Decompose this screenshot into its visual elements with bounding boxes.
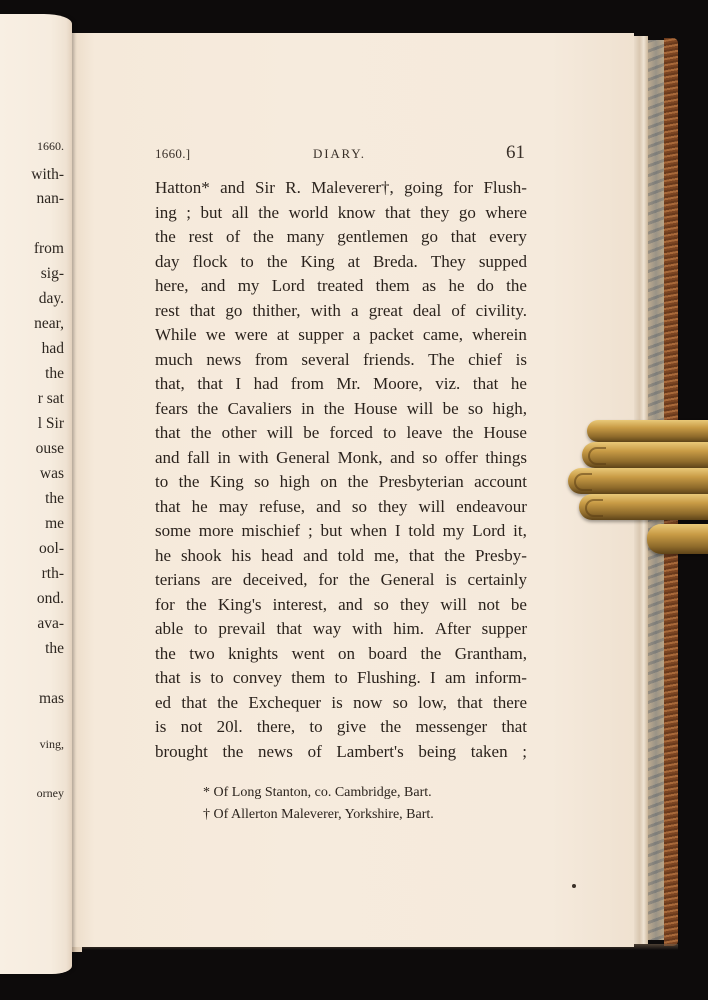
finger-top xyxy=(587,420,708,442)
left-page-fragment: ouse xyxy=(36,441,64,457)
finger-index xyxy=(582,442,708,468)
left-page-fragment: mas xyxy=(39,691,64,707)
book-photo: 1660.with-nan-fromsig-day.near,hadther s… xyxy=(0,0,708,1000)
left-page-fragment: the xyxy=(45,491,64,507)
left-page-fragment: with- xyxy=(31,167,64,183)
body-text: Hatton*andSirR.Maleverer†,goingforFlush-… xyxy=(155,176,527,764)
text-line: fearstheCavaliersintheHousewillbesohigh, xyxy=(155,397,527,422)
paper-speck xyxy=(572,884,576,888)
finger-ring xyxy=(579,494,708,520)
text-line: thatistoconveythemtoFlushing.Iaminform- xyxy=(155,666,527,691)
text-line: dayflocktotheKingatBreda.Theysupped xyxy=(155,250,527,275)
left-page-fragment: ond. xyxy=(37,591,64,607)
running-head-title: DIARY. xyxy=(313,146,366,162)
page-number: 61 xyxy=(506,142,525,164)
left-page-fragment: near, xyxy=(34,316,64,332)
text-line: restthatgothither,withagreatdealofcivili… xyxy=(155,299,527,324)
left-page-fragment: day. xyxy=(39,291,64,307)
thumb xyxy=(647,524,708,554)
left-page: 1660.with-nan-fromsig-day.near,hadther s… xyxy=(0,14,72,974)
left-page-fragment: sig- xyxy=(41,266,64,282)
text-line: Hatton*andSirR.Maleverer†,goingforFlush- xyxy=(155,176,527,201)
left-page-fragment: the xyxy=(45,366,64,382)
text-line: heshookhisheadandtoldme,thatthePresby- xyxy=(155,544,527,569)
left-page-fragment: nan- xyxy=(36,191,64,207)
text-line: fortheKing'sinterest,andsotheywillnotbe xyxy=(155,593,527,618)
left-page-fragment: rth- xyxy=(42,566,64,582)
left-page-fragment: 1660. xyxy=(37,140,64,152)
text-line: abletoprevailthatwaywithhim.Aftersupper xyxy=(155,617,527,642)
text-line: broughtthenewsofLambert'sbeingtaken; xyxy=(155,740,527,765)
left-page-fragment: ava- xyxy=(37,616,64,632)
left-page-fragment: orney xyxy=(37,787,64,799)
text-line: therestofthemanygentlemengothatevery xyxy=(155,225,527,250)
gold-hand-bookend-icon xyxy=(567,420,708,560)
left-page-fragment: l Sir xyxy=(38,416,64,432)
text-line: andfallinwithGeneralMonk,andsoofferthing… xyxy=(155,446,527,471)
footnote-dagger: † Of Allerton Maleverer, Yorkshire, Bart… xyxy=(203,804,503,826)
text-line: here,andmyLordtreatedthemashedothe xyxy=(155,274,527,299)
footnotes: * Of Long Stanton, co. Cambridge, Bart. … xyxy=(203,782,503,826)
left-page-fragment: was xyxy=(40,466,64,482)
left-page-fragment: from xyxy=(34,241,64,257)
text-line: thathemayrefuse,andsotheywillendeavour xyxy=(155,495,527,520)
text-line: somemoremischief;butwhenItoldmyLordit, xyxy=(155,519,527,544)
running-head: 1660.] DIARY. 61 xyxy=(155,146,525,166)
text-line: thetwoknightswentonboardtheGrantham, xyxy=(155,642,527,667)
text-line: ing;butalltheworldknowthattheygowhere xyxy=(155,201,527,226)
text-line: teriansaredeceived,fortheGeneraliscertai… xyxy=(155,568,527,593)
text-line: edthattheExchequerisnowsolow,thatthere xyxy=(155,691,527,716)
left-page-fragment: had xyxy=(42,341,64,357)
left-page-fragment: r sat xyxy=(38,391,64,407)
running-head-year: 1660.] xyxy=(155,146,190,162)
finger-middle xyxy=(568,468,708,494)
text-line: muchnewsfromseveralfriends.Thechiefis xyxy=(155,348,527,373)
text-line: Whilewewereatsupperapacketcame,wherein xyxy=(155,323,527,348)
text-line: that,thatIhadfromMr.Moore,viz.thathe xyxy=(155,372,527,397)
footnote-asterisk: * Of Long Stanton, co. Cambridge, Bart. xyxy=(203,782,503,804)
left-page-fragment: me xyxy=(45,516,64,532)
text-line: totheKingsohighonthePresbyterianaccount xyxy=(155,470,527,495)
left-page-fragment: the xyxy=(45,641,64,657)
text-line: isnot20l.there,togivethemessengerthat xyxy=(155,715,527,740)
text-line: thattheotherwillbeforcedtoleavetheHouse xyxy=(155,421,527,446)
left-page-fragment: ool- xyxy=(39,541,64,557)
left-page-fragment: ving, xyxy=(40,738,64,750)
